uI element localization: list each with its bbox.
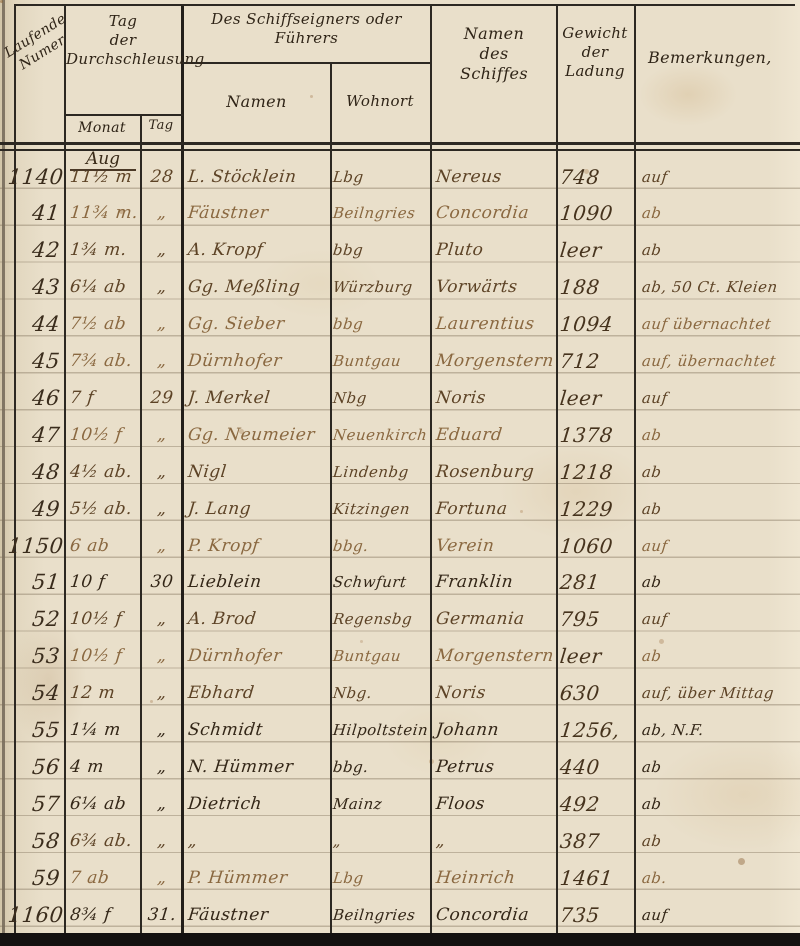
table-row: 58 6¾ ab. „ „ „ „ 387 ab <box>0 822 800 859</box>
cell-bemerkung: ab <box>641 795 799 813</box>
cell-tag: „ <box>143 314 181 334</box>
table-row: 42 1¾ m. „ A. Kropf bbg Pluto leer ab <box>0 232 800 269</box>
cell-schiffsname: Morgenstern <box>435 351 557 371</box>
cell-laufende-nummer: 1150 <box>7 534 62 558</box>
cell-wohnort: bbg <box>332 241 431 259</box>
cell-bemerkung: auf <box>641 168 799 186</box>
table-row: 48 4½ ab. „ Nigl Lindenbg Rosenburg 1218… <box>0 453 800 490</box>
table-row: 43 6¼ ab „ Gg. Meßling Würzburg Vorwärts… <box>0 269 800 306</box>
cell-eigner-name: Gg. Neumeier <box>187 425 331 445</box>
table-row: 41 11¾ m. „ Fäustner Beilngries Concordi… <box>0 195 800 232</box>
cell-uhrzeit: 6¾ ab. <box>69 831 141 851</box>
month-label: Aug <box>70 149 136 171</box>
cell-bemerkung: ab <box>641 241 799 259</box>
cell-uhrzeit: 8¾ f <box>69 905 141 925</box>
cell-uhrzeit: 7 f <box>69 388 141 408</box>
cell-uhrzeit: 10½ f <box>69 609 141 629</box>
cell-uhrzeit: 10½ f <box>69 425 141 445</box>
cell-gewicht: 387 <box>559 829 634 853</box>
cell-laufende-nummer: 53 <box>7 644 62 668</box>
cell-uhrzeit: 4½ ab. <box>69 462 141 482</box>
cell-tag: „ <box>143 462 181 482</box>
cell-gewicht: 1461 <box>559 866 634 890</box>
table-row: 1150 6 ab „ P. Kropf bbg. Verein 1060 au… <box>0 527 800 564</box>
cell-wohnort: Nbg <box>332 389 431 407</box>
table-row: 49 5½ ab. „ J. Lang Kitzingen Fortuna 12… <box>0 490 800 527</box>
cell-laufende-nummer: 47 <box>7 423 62 447</box>
cell-wohnort: Nbg. <box>332 684 431 702</box>
cell-bemerkung: ab <box>641 204 799 222</box>
cell-eigner-name: J. Merkel <box>187 388 331 408</box>
cell-gewicht: 1060 <box>559 534 634 558</box>
cell-uhrzeit: 10½ f <box>69 646 141 666</box>
table-row: 59 7 ab „ P. Hümmer Lbg Heinrich 1461 ab… <box>0 859 800 896</box>
cell-uhrzeit: 1¾ m. <box>69 240 141 260</box>
cell-wohnort: bbg <box>332 315 431 333</box>
cell-bemerkung: ab <box>641 758 799 776</box>
cell-schiffsname: Verein <box>435 536 557 556</box>
cell-gewicht: leer <box>559 238 634 262</box>
cell-wohnort: Buntgau <box>332 352 431 370</box>
cell-laufende-nummer: 56 <box>7 755 62 779</box>
cell-wohnort: „ <box>332 832 431 850</box>
cell-eigner-name: Fäustner <box>187 905 331 925</box>
cell-gewicht: 281 <box>559 570 634 594</box>
cell-wohnort: Lbg <box>332 168 431 186</box>
cell-gewicht: leer <box>559 644 634 668</box>
cell-gewicht: 1094 <box>559 312 634 336</box>
table-row: 57 6¼ ab „ Dietrich Mainz Floos 492 ab <box>0 785 800 822</box>
cell-eigner-name: Nigl <box>187 462 331 482</box>
cell-schiffsname: Eduard <box>435 425 557 445</box>
cell-bemerkung: ab, N.F. <box>641 721 799 739</box>
cell-tag: „ <box>143 203 181 223</box>
cell-schiffsname: Noris <box>435 388 557 408</box>
cell-bemerkung: auf <box>641 610 799 628</box>
cell-bemerkung: ab, 50 Ct. Kleien <box>641 278 799 296</box>
cell-tag: „ <box>143 351 181 371</box>
cell-eigner-name: Gg. Meßling <box>187 277 331 297</box>
cell-gewicht: 1229 <box>559 497 634 521</box>
cell-eigner-name: A. Kropf <box>187 240 331 260</box>
table-row: 51 10 f 30 Lieblein Schwfurt Franklin 28… <box>0 564 800 601</box>
cell-uhrzeit: 1¼ m <box>69 720 141 740</box>
cell-uhrzeit: 12 m <box>69 683 141 703</box>
cell-laufende-nummer: 41 <box>7 201 62 225</box>
cell-wohnort: Mainz <box>332 795 431 813</box>
cell-eigner-name: Dietrich <box>187 794 331 814</box>
cell-uhrzeit: 5½ ab. <box>69 499 141 519</box>
table-row: 47 10½ f „ Gg. Neumeier Neuenkirch Eduar… <box>0 416 800 453</box>
cell-gewicht: 440 <box>559 755 634 779</box>
table-row: 46 7 f 29 J. Merkel Nbg Noris leer auf <box>0 379 800 416</box>
cell-laufende-nummer: 52 <box>7 607 62 631</box>
cell-tag: „ <box>143 868 181 888</box>
cell-eigner-name: Ebhard <box>187 683 331 703</box>
table-row: 45 7¾ ab. „ Dürnhofer Buntgau Morgenster… <box>0 343 800 380</box>
cell-uhrzeit: 4 m <box>69 757 141 777</box>
table-row: 53 10½ f „ Dürnhofer Buntgau Morgenstern… <box>0 638 800 675</box>
cell-gewicht: 1378 <box>559 423 634 447</box>
cell-laufende-nummer: 43 <box>7 275 62 299</box>
cell-uhrzeit: 6¼ ab <box>69 277 141 297</box>
cell-bemerkung: ab <box>641 500 799 518</box>
cell-uhrzeit: 6 ab <box>69 536 141 556</box>
cell-tag: „ <box>143 646 181 666</box>
cell-bemerkung: auf <box>641 537 799 555</box>
cell-wohnort: Beilngries <box>332 204 431 222</box>
cell-schiffsname: Floos <box>435 794 557 814</box>
cell-gewicht: 492 <box>559 792 634 816</box>
cell-bemerkung: ab <box>641 647 799 665</box>
cell-schiffsname: Fortuna <box>435 499 557 519</box>
cell-schiffsname: Concordia <box>435 905 557 925</box>
cell-bemerkung: auf, über Mittag <box>641 684 799 702</box>
table-row: 56 4 m „ N. Hümmer bbg. Petrus 440 ab <box>0 748 800 785</box>
cell-bemerkung: auf, übernachtet <box>641 352 799 370</box>
cell-gewicht: 1090 <box>559 201 634 225</box>
cell-wohnort: Lindenbg <box>332 463 431 481</box>
cell-wohnort: Schwfurt <box>332 573 431 591</box>
cell-tag: „ <box>143 831 181 851</box>
cell-laufende-nummer: 45 <box>7 349 62 373</box>
cell-schiffsname: Vorwärts <box>435 277 557 297</box>
cell-eigner-name: Schmidt <box>187 720 331 740</box>
cell-schiffsname: Morgenstern <box>435 646 557 666</box>
cell-schiffsname: Johann <box>435 720 557 740</box>
cell-eigner-name: J. Lang <box>187 499 331 519</box>
cell-wohnort: Neuenkirch <box>332 426 431 444</box>
cell-laufende-nummer: 42 <box>7 238 62 262</box>
cell-laufende-nummer: 49 <box>7 497 62 521</box>
cell-wohnort: Würzburg <box>332 278 431 296</box>
cell-bemerkung: ab <box>641 426 799 444</box>
cell-eigner-name: A. Brod <box>187 609 331 629</box>
cell-wohnort: Beilngries <box>332 906 431 924</box>
cell-tag: „ <box>143 536 181 556</box>
cell-schiffsname: Laurentius <box>435 314 557 334</box>
cell-uhrzeit: 7 ab <box>69 868 141 888</box>
cell-tag: „ <box>143 720 181 740</box>
cell-eigner-name: „ <box>187 831 331 851</box>
cell-bemerkung: ab. <box>641 869 799 887</box>
cell-tag: „ <box>143 277 181 297</box>
cell-laufende-nummer: 58 <box>7 829 62 853</box>
cell-tag: „ <box>143 794 181 814</box>
cell-wohnort: Buntgau <box>332 647 431 665</box>
cell-laufende-nummer: 48 <box>7 460 62 484</box>
cell-bemerkung: ab <box>641 832 799 850</box>
cell-tag: „ <box>143 240 181 260</box>
cell-gewicht: 1256, <box>559 718 634 742</box>
cell-schiffsname: Nereus <box>435 167 557 187</box>
cell-gewicht: 735 <box>559 903 634 927</box>
cell-wohnort: bbg. <box>332 758 431 776</box>
table-row: 1160 8¾ f 31. Fäustner Beilngries Concor… <box>0 896 800 933</box>
cell-schiffsname: Germania <box>435 609 557 629</box>
cell-eigner-name: Gg. Sieber <box>187 314 331 334</box>
cell-schiffsname: Heinrich <box>435 868 557 888</box>
cell-laufende-nummer: 1140 <box>7 165 62 189</box>
cell-gewicht: 630 <box>559 681 634 705</box>
cell-wohnort: Hilpoltstein <box>332 721 431 739</box>
cell-laufende-nummer: 1160 <box>7 903 62 927</box>
cell-bemerkung: auf <box>641 389 799 407</box>
cell-schiffsname: Petrus <box>435 757 557 777</box>
cell-bemerkung: auf übernachtet <box>641 315 799 333</box>
cell-eigner-name: L. Stöcklein <box>187 167 331 187</box>
cell-tag: 28 <box>143 167 181 187</box>
cell-tag: 30 <box>143 572 181 592</box>
table-row: 44 7½ ab „ Gg. Sieber bbg Laurentius 109… <box>0 306 800 343</box>
cell-eigner-name: Fäustner <box>187 203 331 223</box>
cell-gewicht: 712 <box>559 349 634 373</box>
cell-laufende-nummer: 59 <box>7 866 62 890</box>
cell-uhrzeit: 10 f <box>69 572 141 592</box>
cell-schiffsname: Concordia <box>435 203 557 223</box>
cell-uhrzeit: 7½ ab <box>69 314 141 334</box>
cell-uhrzeit: 11¾ m. <box>69 203 141 223</box>
cell-gewicht: 795 <box>559 607 634 631</box>
cell-wohnort: Lbg <box>332 869 431 887</box>
cell-laufende-nummer: 46 <box>7 386 62 410</box>
cell-laufende-nummer: 57 <box>7 792 62 816</box>
cell-gewicht: 1218 <box>559 460 634 484</box>
cell-uhrzeit: 6¼ ab <box>69 794 141 814</box>
cell-eigner-name: P. Kropf <box>187 536 331 556</box>
cell-laufende-nummer: 54 <box>7 681 62 705</box>
cell-eigner-name: N. Hümmer <box>187 757 331 777</box>
cell-eigner-name: Dürnhofer <box>187 646 331 666</box>
ledger-rows: 1140 11½ m 28 L. Stöcklein Lbg Nereus 74… <box>0 0 800 946</box>
cell-bemerkung: ab <box>641 573 799 591</box>
cell-eigner-name: Lieblein <box>187 572 331 592</box>
cell-tag: „ <box>143 683 181 703</box>
cell-laufende-nummer: 55 <box>7 718 62 742</box>
cell-bemerkung: ab <box>641 463 799 481</box>
cell-tag: „ <box>143 757 181 777</box>
cell-wohnort: Regensbg <box>332 610 431 628</box>
cell-gewicht: leer <box>559 386 634 410</box>
cell-gewicht: 748 <box>559 165 634 189</box>
cell-laufende-nummer: 44 <box>7 312 62 336</box>
cell-tag: 29 <box>143 388 181 408</box>
table-row: 52 10½ f „ A. Brod Regensbg Germania 795… <box>0 601 800 638</box>
cell-tag: 31. <box>143 905 181 925</box>
cell-gewicht: 188 <box>559 275 634 299</box>
ledger-page: Laufende Numer Tag der Durchschleusung M… <box>0 0 800 946</box>
cell-tag: „ <box>143 499 181 519</box>
cell-uhrzeit: 7¾ ab. <box>69 351 141 371</box>
cell-tag: „ <box>143 425 181 445</box>
cell-schiffsname: „ <box>435 831 557 851</box>
cell-wohnort: bbg. <box>332 537 431 555</box>
table-row: 54 12 m „ Ebhard Nbg. Noris 630 auf, übe… <box>0 675 800 712</box>
cell-laufende-nummer: 51 <box>7 570 62 594</box>
table-row: 55 1¼ m „ Schmidt Hilpoltstein Johann 12… <box>0 712 800 749</box>
cell-schiffsname: Rosenburg <box>435 462 557 482</box>
cell-eigner-name: P. Hümmer <box>187 868 331 888</box>
cell-schiffsname: Franklin <box>435 572 557 592</box>
cell-wohnort: Kitzingen <box>332 500 431 518</box>
cell-tag: „ <box>143 609 181 629</box>
cell-eigner-name: Dürnhofer <box>187 351 331 371</box>
cell-schiffsname: Pluto <box>435 240 557 260</box>
cell-bemerkung: auf <box>641 906 799 924</box>
cell-schiffsname: Noris <box>435 683 557 703</box>
